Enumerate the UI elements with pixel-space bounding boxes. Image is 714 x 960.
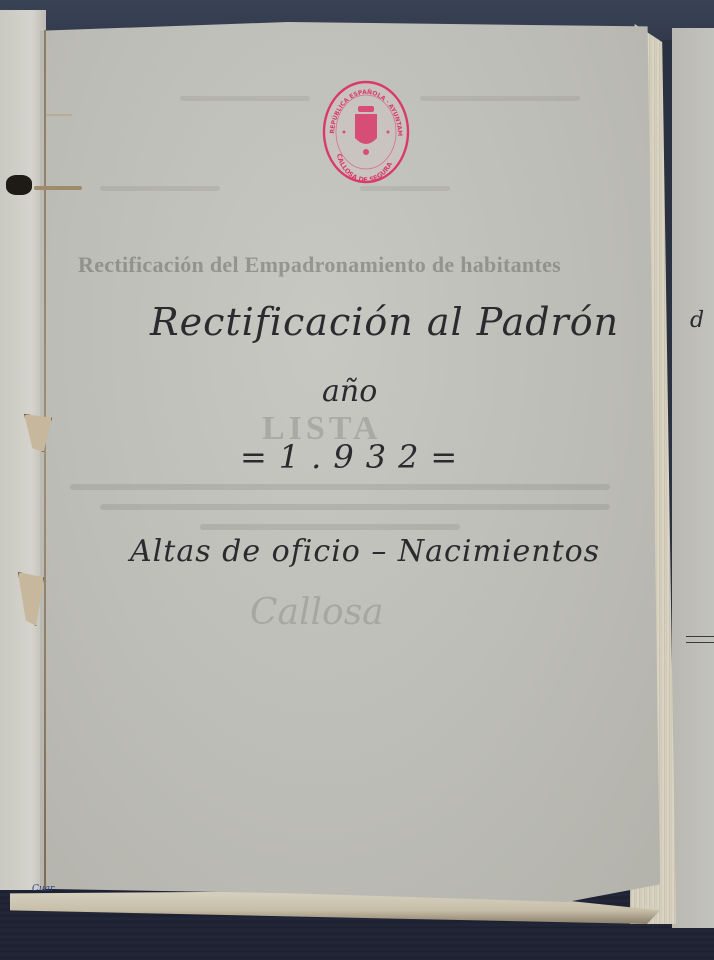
handwritten-year-label: año (322, 374, 377, 409)
printed-form-line (180, 96, 310, 101)
printed-form-line (360, 186, 450, 191)
handwritten-year: =1.932= (240, 438, 469, 476)
right-page-handwriting: d (690, 308, 704, 333)
printed-form-title: Rectificación del Empadronamiento de hab… (78, 252, 561, 278)
printed-form-line (100, 186, 220, 191)
torn-hole (6, 175, 32, 195)
right-page-rule (686, 636, 714, 637)
printed-form-line (420, 96, 580, 101)
handwritten-title: Rectificación al Padrón (150, 300, 619, 344)
binding-fold (44, 30, 46, 890)
handwritten-subtitle: Altas de oficio – Nacimientos (130, 534, 600, 569)
pencil-annotation: Callosa (250, 592, 384, 633)
municipal-seal-stamp: REPÚBLICA ESPAÑOLA · AYUNTAMIENTO DE CAL… (322, 80, 410, 184)
printed-paragraph-line (100, 504, 610, 510)
printed-paragraph-line (70, 484, 610, 490)
adjacent-right-page (672, 28, 714, 928)
binding-string (34, 186, 82, 190)
printed-paragraph-line (200, 524, 460, 530)
blue-ink-mark: Cuar (32, 884, 54, 894)
right-page-rule (686, 642, 714, 643)
binding-string (46, 114, 72, 116)
